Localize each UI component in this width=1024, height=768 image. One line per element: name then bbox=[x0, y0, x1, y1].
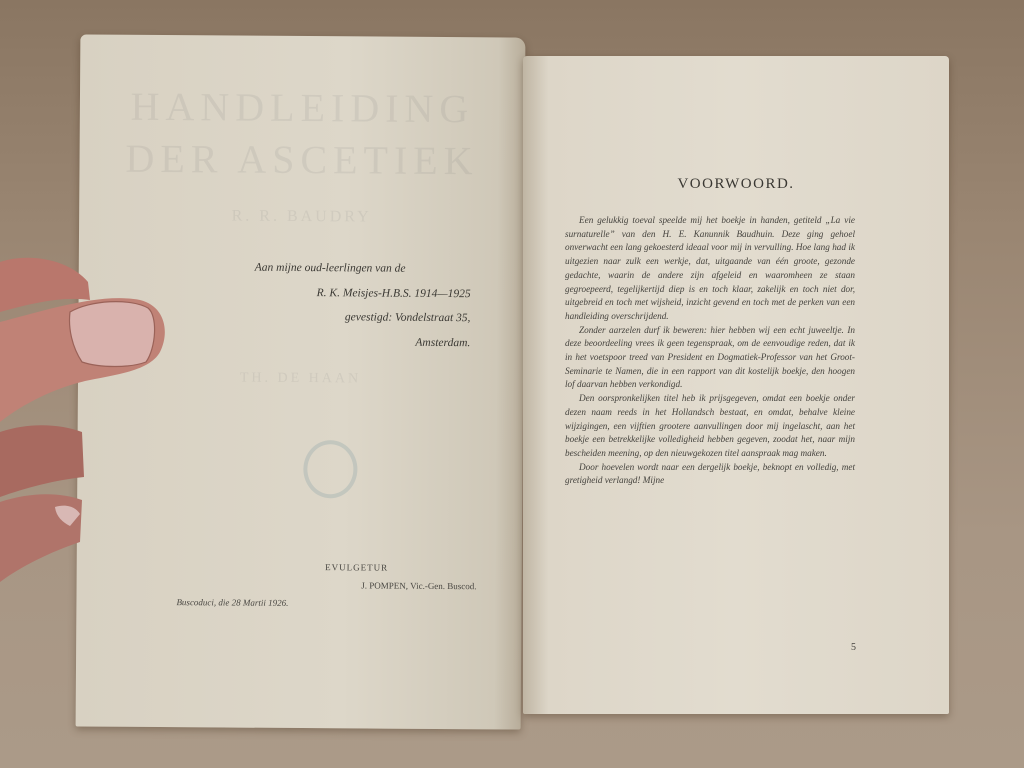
right-page: VOORWOORD. Een gelukkig toeval speelde m… bbox=[523, 56, 949, 714]
paragraph: Door hoevelen wordt naar een dergelijk b… bbox=[565, 461, 855, 488]
dedication-line: Amsterdam. bbox=[254, 329, 470, 355]
imprimatur-place-date: Buscoduci, die 28 Martii 1926. bbox=[176, 597, 476, 609]
showthrough-title-line2: DER ASCETIEK bbox=[79, 134, 524, 184]
paragraph: Den oorspronkelijken titel heb ik prijsg… bbox=[565, 392, 855, 461]
publisher-emblem-icon bbox=[303, 440, 357, 498]
dedication-line: R. K. Meisjes-H.B.S. 1914—1925 bbox=[255, 280, 471, 306]
dedication-line: Aan mijne oud-leerlingen van de bbox=[255, 256, 471, 282]
showthrough-title-line1: HANDLEIDING bbox=[80, 82, 525, 132]
paragraph: Zonder aarzelen durf ik beweren: hier he… bbox=[565, 324, 855, 393]
showthrough-subtitle: R. R. BAUDRY bbox=[79, 206, 524, 227]
imprimatur-signatory: J. POMPEN, Vic.-Gen. Buscod. bbox=[177, 579, 477, 591]
dedication-line: gevestigd: Vondelstraat 35, bbox=[254, 305, 470, 331]
table-surface: HANDLEIDING DER ASCETIEK R. R. BAUDRY TH… bbox=[0, 0, 1024, 768]
preface-text: Een gelukkig toeval speelde mij het boek… bbox=[565, 214, 855, 488]
dedication: Aan mijne oud-leerlingen van de R. K. Me… bbox=[254, 256, 471, 356]
imprimatur: EVULGETUR J. POMPEN, Vic.-Gen. Buscod. B… bbox=[176, 561, 476, 609]
hand-icon bbox=[0, 252, 170, 582]
page-title: VOORWOORD. bbox=[523, 176, 949, 193]
imprimatur-label: EVULGETUR bbox=[177, 561, 477, 573]
page-number: 5 bbox=[851, 642, 856, 653]
paragraph: Een gelukkig toeval speelde mij het boek… bbox=[565, 214, 855, 324]
